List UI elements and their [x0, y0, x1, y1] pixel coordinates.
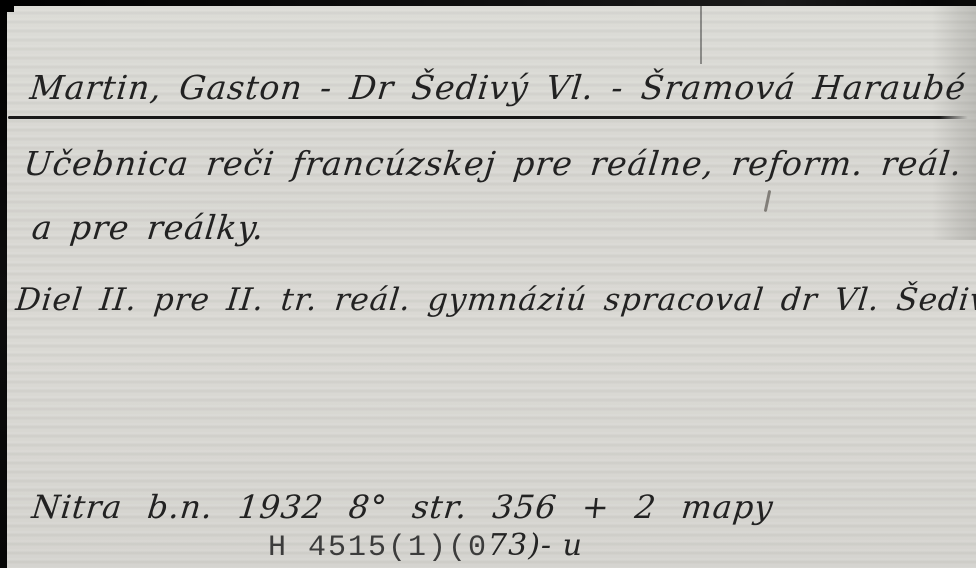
scan-seam-artifact: [700, 6, 702, 64]
scan-edge-left: [0, 0, 7, 568]
scan-edge-top: [0, 0, 976, 6]
authors-text: Martin, Gaston - Dr Šedivý Vl. - Šramová…: [28, 68, 968, 107]
volume-note-line: Diel II. pre II. tr. reál. gymnáziú spra…: [14, 282, 976, 318]
authors-line: Martin, Gaston - Dr Šedivý Vl. - Šramová…: [28, 66, 976, 108]
scan-shade-right: [932, 0, 976, 240]
call-number-handwritten: 73)- u: [488, 528, 583, 563]
stray-ink-mark: [764, 190, 772, 212]
scan-corner-top-left: [0, 0, 14, 12]
call-number-typed: H 4515(1)(0: [268, 531, 488, 565]
header-rule-line: [8, 116, 968, 119]
catalog-card-scan: Martin, Gaston - Dr Šedivý Vl. - Šramová…: [0, 0, 976, 568]
title-line-1: Učebnica reči francúzskej pre reálne, re…: [22, 144, 976, 183]
imprint-line: Nitra b.n. 1932 8° str. 356 + 2 mapy: [30, 488, 776, 526]
call-number: H 4515(1)(073)- u: [268, 528, 583, 565]
title-line-2: a pre reálky.: [30, 208, 266, 247]
